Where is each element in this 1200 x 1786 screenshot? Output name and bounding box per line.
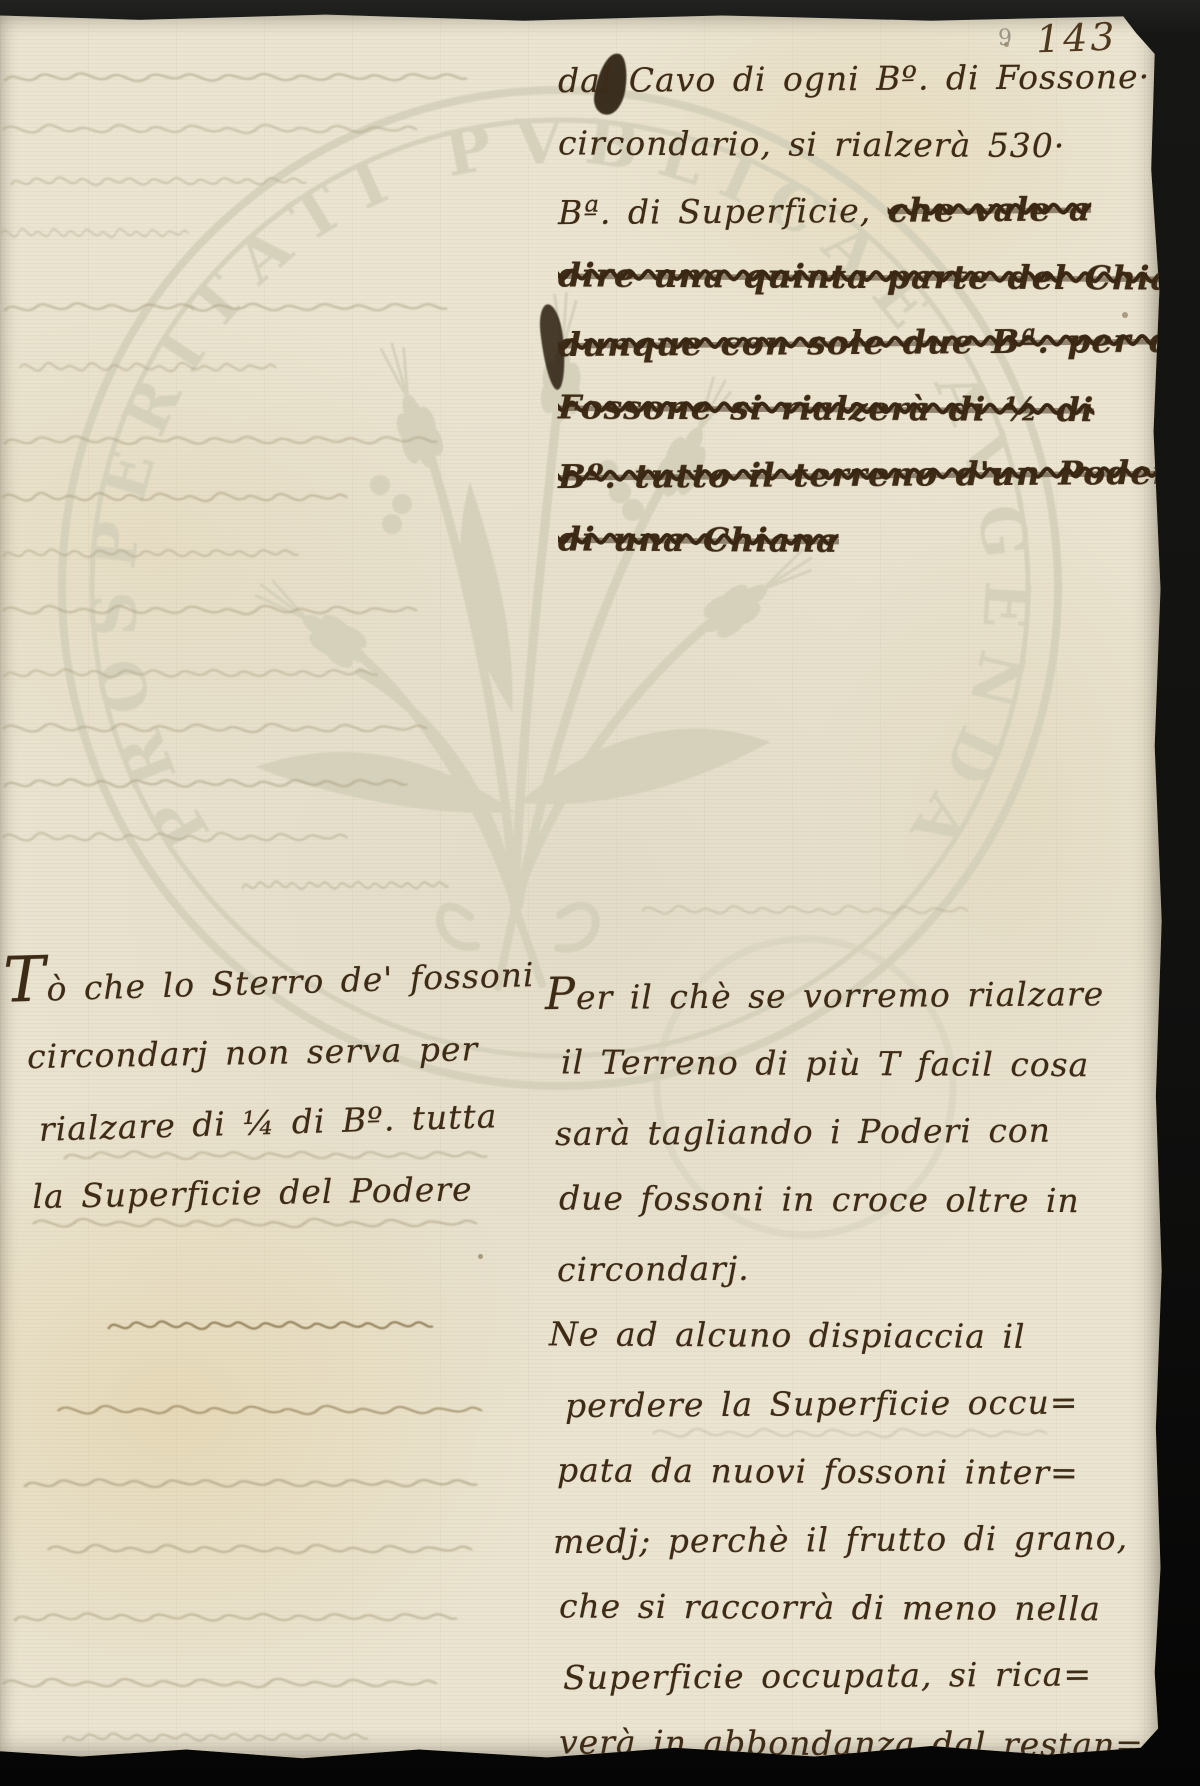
bleedthrough-line [20, 1470, 480, 1498]
handwritten-line: rialzare di ¼ di Bº. tutta [38, 1080, 528, 1164]
handwritten-line: circondarj. [557, 1232, 1160, 1304]
handwritten-line: sarà tagliando i Poderi con [555, 1096, 1160, 1168]
handwritten-line: Tò che lo Sterro de' fossoni [3, 940, 525, 1025]
handwritten-line: circondario, si rialzerà 530· [558, 110, 1158, 179]
bleedthrough-line [0, 220, 190, 248]
bleedthrough-line [0, 427, 440, 455]
handwritten-line: dal Cavo di ogni Bº. di Fossone· [558, 44, 1158, 114]
bleedthrough-line [55, 1397, 485, 1425]
handwritten-line: medj; perchè il frutto di grano, [553, 1504, 1160, 1576]
handwritten-line: Ne ad alcuno dispiaccia il [549, 1300, 1160, 1371]
bleedthrough-line [0, 1670, 440, 1698]
bleedthrough-line [105, 1312, 435, 1340]
main-text-block-right: Per il chè se vorremo rialzareil Terreno… [545, 958, 1160, 1778]
handwritten-line: Fossone si rialzerà di ½ di [558, 374, 1158, 443]
handwritten-line: circondarj non serva per [27, 1013, 526, 1092]
bleedthrough-line [60, 1724, 370, 1752]
handwritten-line: Bº. tutto il terreno d'un Podere [558, 440, 1158, 510]
manuscript-page: PROSPERITATI PVBLICAE AVGENDAE [0, 12, 1164, 1760]
bleedthrough-line [18, 354, 278, 382]
bleedthrough-line [0, 540, 300, 568]
handwritten-line: di una Chiana [558, 506, 1158, 575]
handwritten-line: due fossoni in croce oltre in [559, 1164, 1160, 1235]
bleedthrough-line [0, 484, 350, 512]
photo-background: PROSPERITATI PVBLICAE AVGENDAE [0, 0, 1200, 1786]
marginal-note-block: Tò che lo Sterro de' fossonicircondarj n… [3, 942, 529, 1234]
handwritten-line: pata da nuovi fossoni inter= [557, 1436, 1160, 1507]
bleedthrough-line [640, 897, 970, 925]
bleedthrough-line [0, 715, 430, 743]
handwritten-line: il Terreno di più T facil cosa [561, 1028, 1160, 1099]
foxing-speck [478, 1254, 483, 1259]
bleedthrough-line [10, 1604, 460, 1632]
bleedthrough-line [0, 116, 420, 144]
handwritten-line: Bª. di Superficie, che vale a [558, 176, 1158, 246]
handwritten-line: che si raccorrà di meno nella [559, 1572, 1160, 1643]
bleedthrough-line [0, 597, 420, 625]
handwritten-line: la Superficie del Podere [32, 1153, 529, 1232]
bleedthrough-line [240, 872, 450, 900]
bleedthrough-line [0, 64, 470, 92]
bleedthrough-line [45, 1536, 475, 1564]
handwritten-line: dire una quinta parte del Chiana [558, 242, 1158, 311]
handwritten-line: verà in abbondanza dal restan= [559, 1708, 1160, 1779]
handwritten-line: perdere la Superficie occu= [565, 1368, 1160, 1440]
bleedthrough-line [0, 824, 350, 852]
bleedthrough-line [8, 168, 308, 196]
handwritten-line: Superficie occupata, si rica= [563, 1640, 1160, 1712]
handwritten-line: dunque con sole due Bª. per di [558, 308, 1158, 378]
bleedthrough-line [0, 294, 450, 322]
bleedthrough-line [0, 660, 380, 688]
main-text-block-top: dal Cavo di ogni Bº. di Fossone·circonda… [558, 46, 1158, 574]
handwritten-line: Per il chè se vorremo rialzare [545, 956, 1160, 1032]
bleedthrough-line [0, 770, 410, 798]
